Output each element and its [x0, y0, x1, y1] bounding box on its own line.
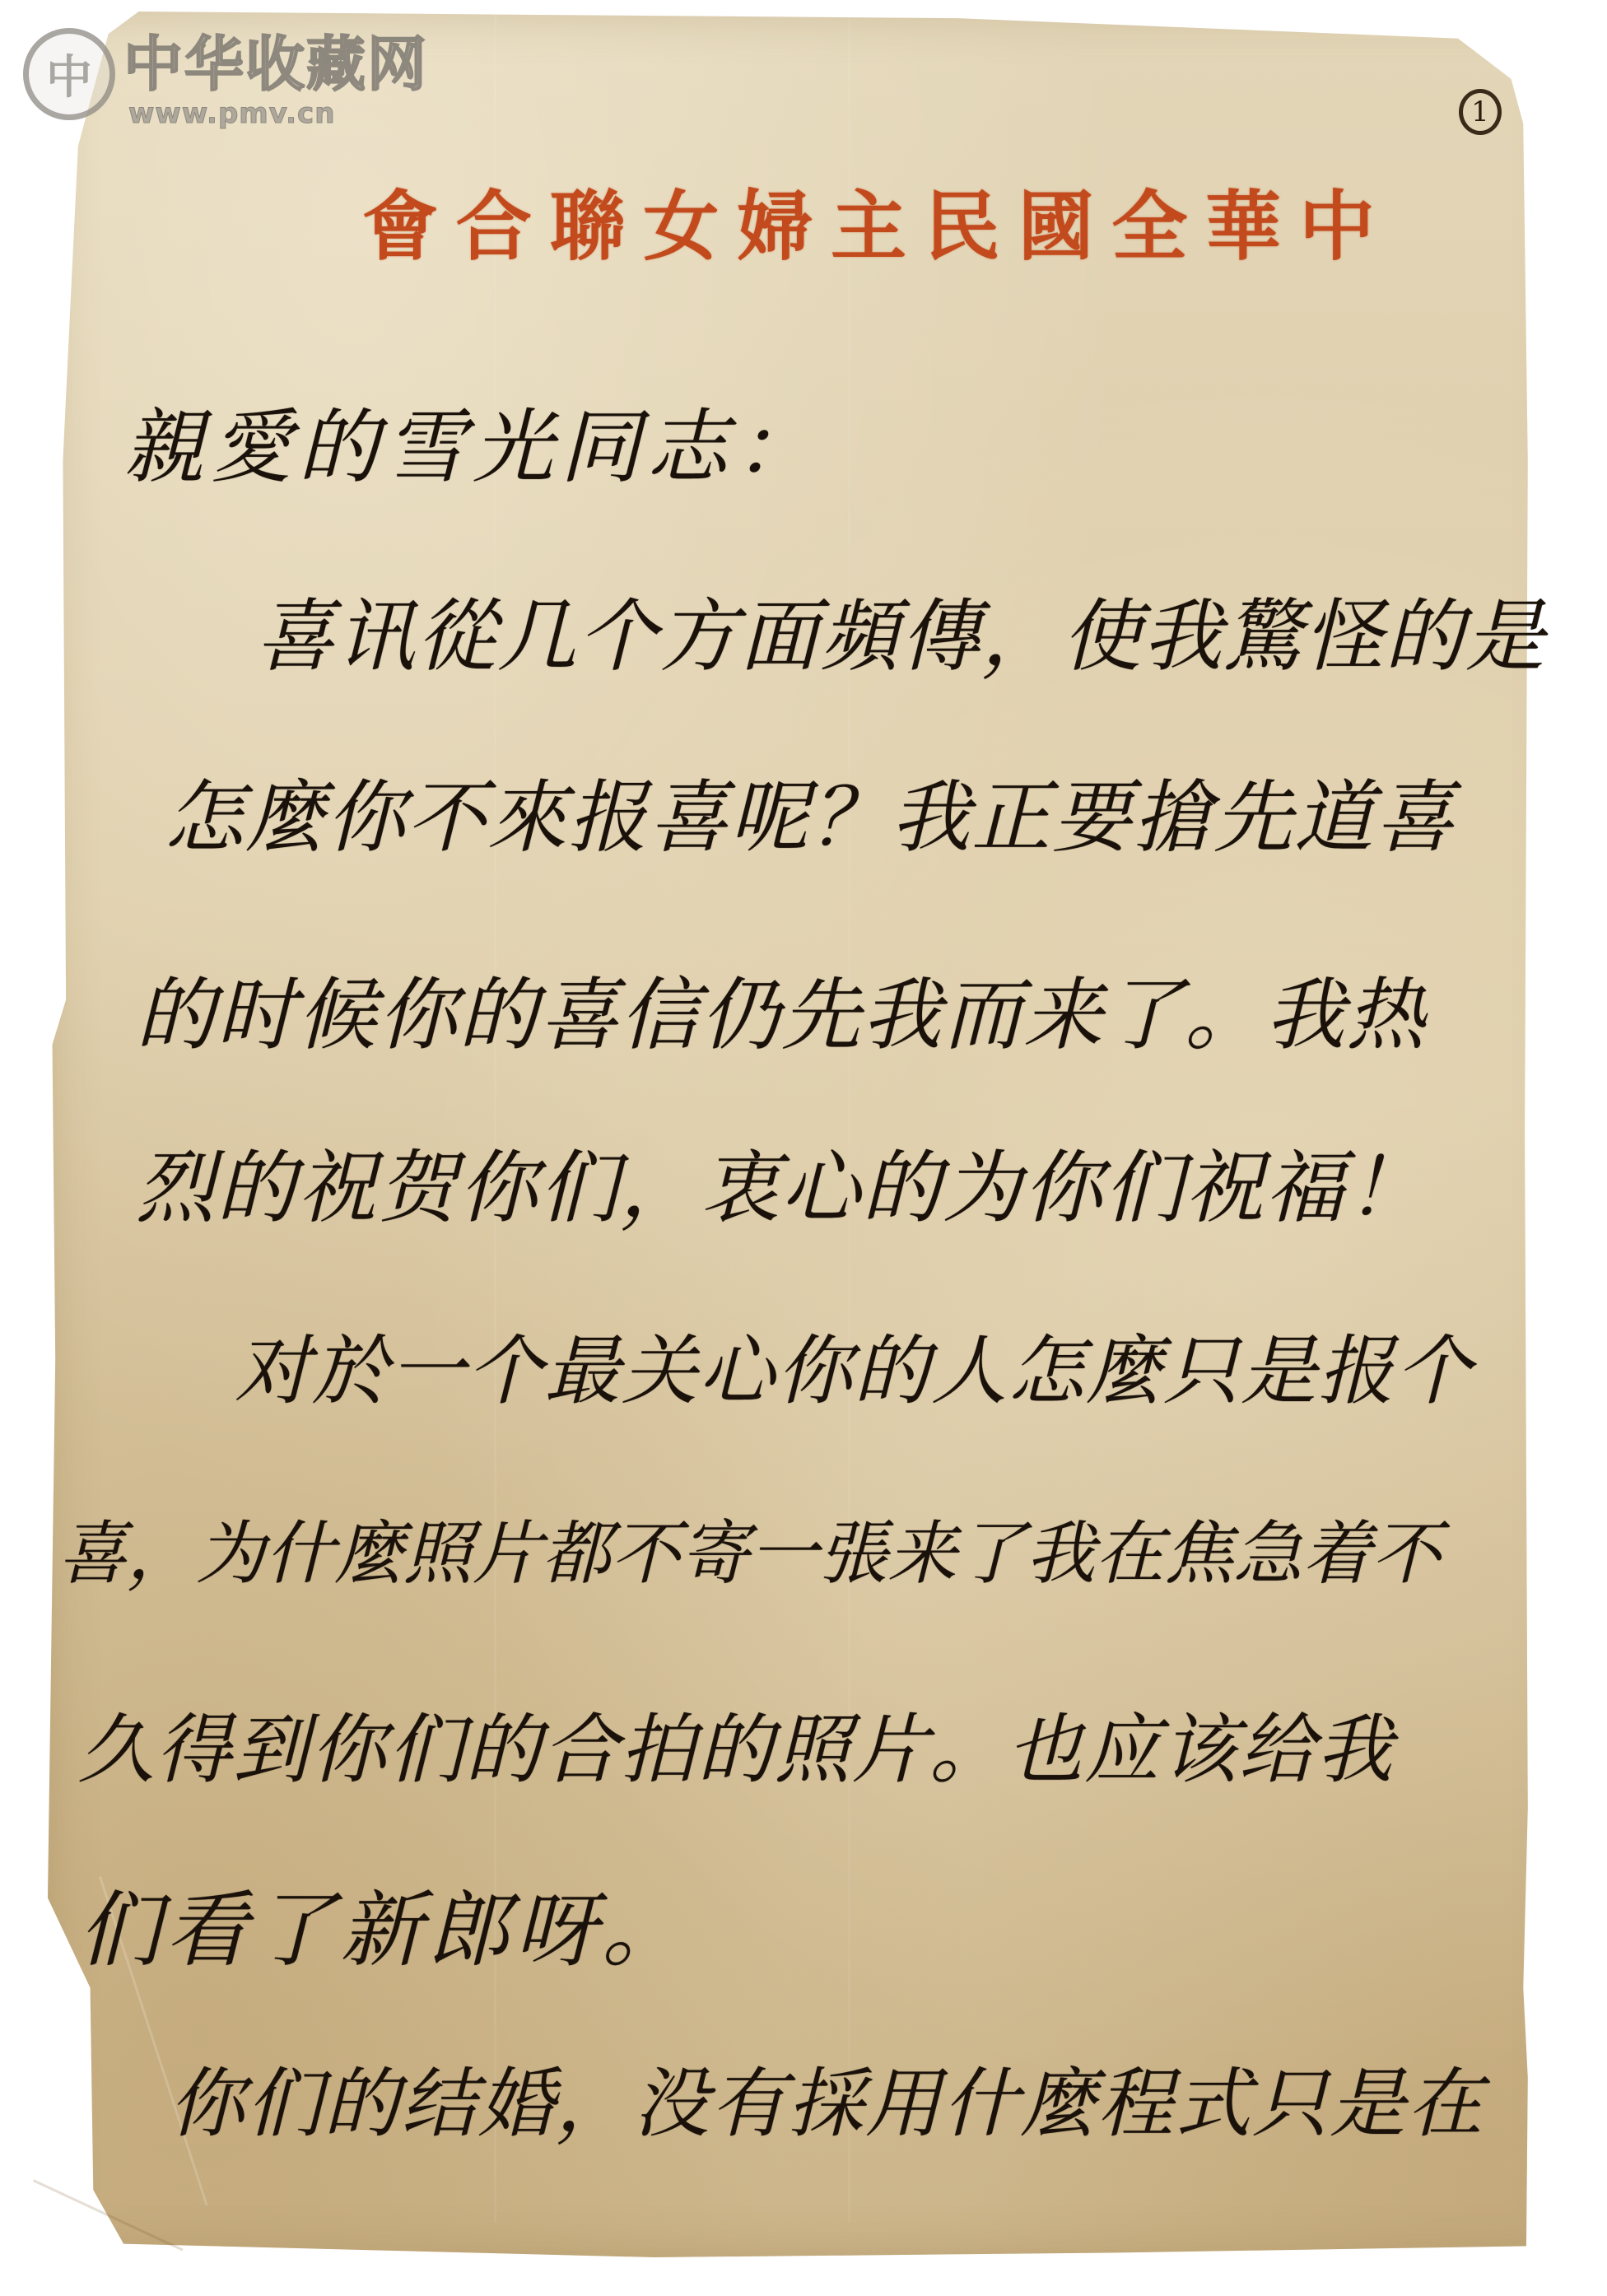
letter-line: 喜，为什麼照片都不寄一張来了我在焦急着不: [58, 1519, 1441, 1588]
letter-line: 久得到你们的合拍的照片。也应该给我: [78, 1712, 1394, 1788]
salutation: 親愛的雪光同志：: [123, 408, 822, 488]
letter-body: 親愛的雪光同志： 喜讯從几个方面頻傳，使我驚怪的是 怎麼你不來报喜呢？我正要搶先…: [0, 0, 1607, 2296]
letter-line: 对於一个最关心你的人怎麼只是报个: [235, 1334, 1473, 1409]
letter-line: 喜讯從几个方面頻傳，使我驚怪的是: [255, 597, 1546, 676]
letter-line: 们看了新郎呀。: [78, 1889, 689, 1972]
letter-line: 你们的结婚，没有採用什麼程式只是在: [169, 2066, 1484, 2142]
letter-line: 的时候你的喜信仍先我而来了。我热: [136, 976, 1427, 1055]
letter-line: 烈的祝贺你们，衷心的为你们祝福！: [136, 1148, 1427, 1227]
letter-line: 怎麼你不來报喜呢？我正要搶先道喜: [165, 778, 1456, 857]
